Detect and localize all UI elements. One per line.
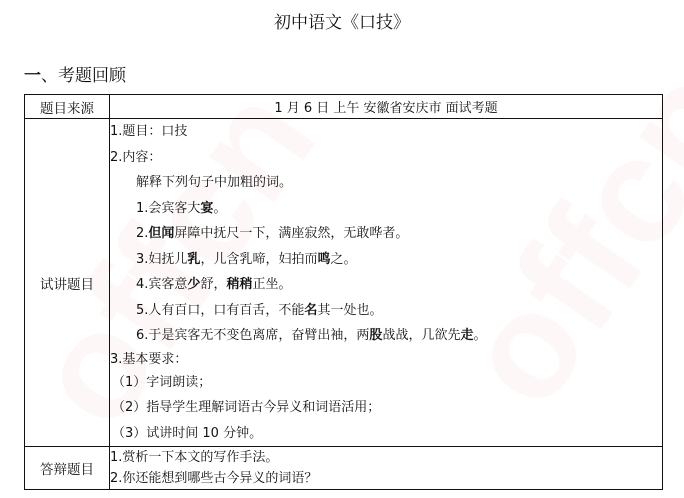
source-label: 题目来源: [25, 95, 110, 119]
bold-word: 少: [187, 277, 200, 292]
requirements-label: 3.基本要求：: [110, 349, 662, 370]
bold-word: 名: [304, 303, 317, 318]
sentence-text: 其一处也。: [317, 303, 382, 318]
requirement-item: （2）指导学生理解词语古今异义和词语活用；: [110, 395, 662, 421]
bold-word: 稍稍: [226, 277, 252, 292]
table-row-source: 题目来源 1 月 6 日 上午 安徽省安庆市 面试考题: [25, 95, 663, 119]
instruction-text: 解释下列句子中加粗的词。: [110, 170, 662, 196]
sentence-number: 6.: [136, 328, 148, 343]
document-title: 初中语文《口技》: [0, 8, 684, 33]
lecture-label: 试讲题目: [25, 119, 110, 447]
bold-word: 走: [460, 328, 473, 343]
sentence-text: 战战，几欲先: [382, 328, 460, 343]
sentence-item: 3.妇抚儿乳，儿含乳啼，妇拍而鸣之。: [110, 247, 662, 273]
lecture-topic: 1.题目：口技: [110, 119, 662, 145]
sentence-number: 4.: [136, 277, 148, 292]
sentence-list: 1.会宾客大宴。2.但闻屏障中抚尺一下，满座寂然，无敢哗者。3.妇抚儿乳，儿含乳…: [110, 196, 662, 349]
sentence-text: 人有百口，口有百舌，不能: [148, 303, 304, 318]
sentence-text: 。: [473, 328, 486, 343]
section-heading: 一、考题回顾: [24, 61, 126, 86]
sentence-text: 。: [213, 201, 226, 216]
sentence-text: 之。: [330, 252, 356, 267]
defense-content: 1.赏析一下本文的写作手法。 2.你还能想到哪些古今异义的词语？: [110, 447, 663, 490]
sentence-item: 1.会宾客大宴。: [110, 196, 662, 222]
sentence-text: 于是宾客无不变色离席，奋臂出袖，两: [148, 328, 369, 343]
sentence-number: 5.: [136, 303, 148, 318]
sentence-item: 4.宾客意少舒，稍稍正坐。: [110, 272, 662, 298]
sentence-text: 宾客意: [148, 277, 187, 292]
sentence-text: 会宾客大: [148, 201, 200, 216]
table-row-defense: 答辩题目 1.赏析一下本文的写作手法。 2.你还能想到哪些古今异义的词语？: [25, 447, 663, 490]
sentence-number: 1.: [136, 201, 148, 216]
section-heading-text: 、考题回顾: [41, 66, 126, 86]
section-heading-number: 一: [24, 66, 41, 86]
lecture-content: 1.题目：口技 2.内容： 解释下列句子中加粗的词。 1.会宾客大宴。2.但闻屏…: [110, 119, 663, 447]
sentence-text: 正坐。: [252, 277, 291, 292]
requirement-item: （3）试讲时间 10 分钟。: [110, 421, 662, 447]
defense-question: 2.你还能想到哪些古今异义的词语？: [110, 468, 662, 489]
bold-word: 乳: [187, 252, 200, 267]
bold-word: 但闻: [148, 226, 174, 241]
content-label: 2.内容：: [110, 145, 662, 171]
sentence-item: 6.于是宾客无不变色离席，奋臂出袖，两股战战，几欲先走。: [110, 323, 662, 349]
table-row-lecture: 试讲题目 1.题目：口技 2.内容： 解释下列句子中加粗的词。 1.会宾客大宴。…: [25, 119, 663, 447]
sentence-text: 屏障中抚尺一下，满座寂然，无敢哗者。: [174, 226, 408, 241]
sentence-item: 5.人有百口，口有百舌，不能名其一处也。: [110, 298, 662, 324]
exam-question-table: 题目来源 1 月 6 日 上午 安徽省安庆市 面试考题 试讲题目 1.题目：口技…: [24, 94, 663, 490]
sentence-text: 舒，: [200, 277, 226, 292]
sentence-number: 3.: [136, 252, 148, 267]
defense-label: 答辩题目: [25, 447, 110, 490]
bold-word: 股: [369, 328, 382, 343]
sentence-item: 2.但闻屏障中抚尺一下，满座寂然，无敢哗者。: [110, 221, 662, 247]
sentence-number: 2.: [136, 226, 148, 241]
bold-word: 鸣: [317, 252, 330, 267]
defense-question: 1.赏析一下本文的写作手法。: [110, 447, 662, 468]
sentence-text: 妇抚儿: [148, 252, 187, 267]
requirement-item: （1）字词朗读；: [110, 370, 662, 396]
sentence-text: ，儿含乳啼，妇拍而: [200, 252, 317, 267]
source-value: 1 月 6 日 上午 安徽省安庆市 面试考题: [110, 95, 663, 119]
bold-word: 宴: [200, 201, 213, 216]
